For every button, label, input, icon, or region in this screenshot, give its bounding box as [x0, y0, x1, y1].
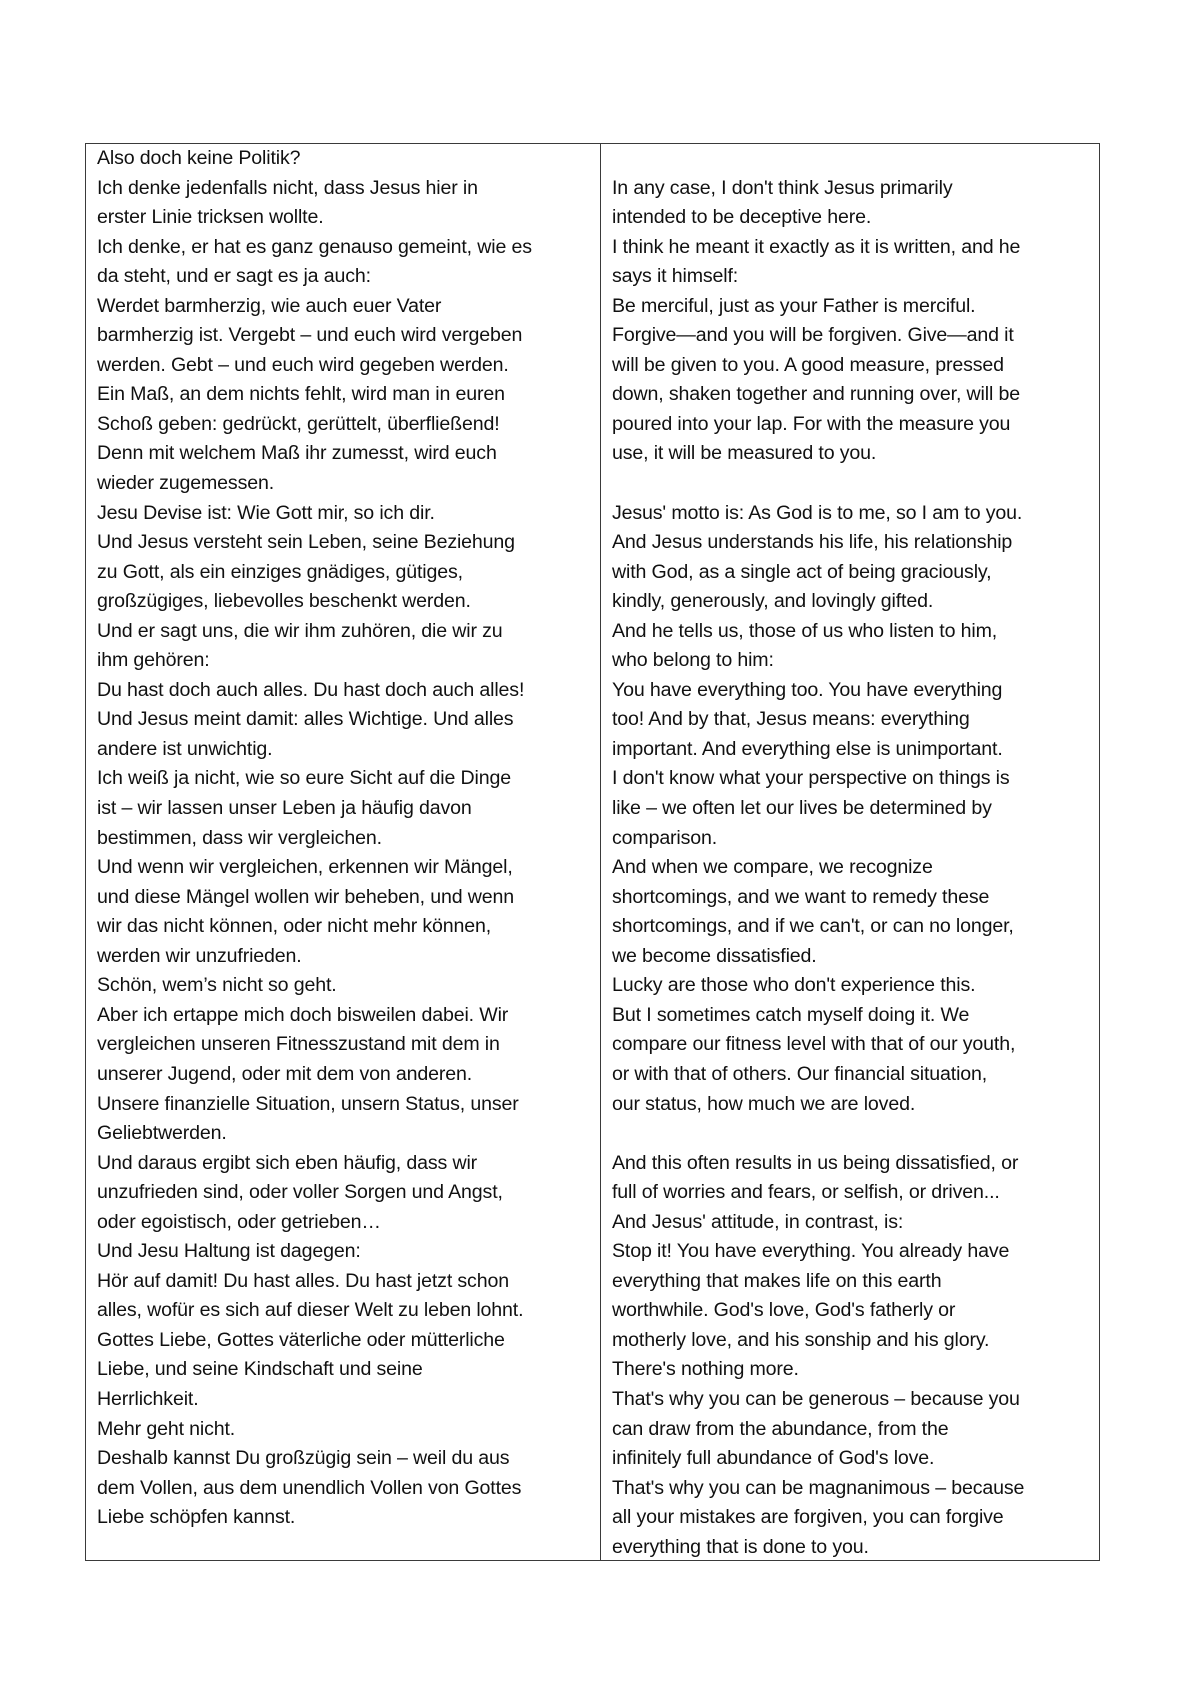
english-text-line: shortcomings, and if we can't, or can no…	[612, 912, 1094, 942]
german-text-line: unzufrieden sind, oder voller Sorgen und…	[97, 1178, 596, 1208]
german-text-line: Und Jesus meint damit: alles Wichtige. U…	[97, 705, 596, 735]
german-text-line: wieder zugemessen.	[97, 469, 596, 499]
english-text-line: intended to be deceptive here.	[612, 203, 1094, 233]
german-text-line: Jesu Devise ist: Wie Gott mir, so ich di…	[97, 499, 596, 529]
german-text-line: ihm gehören:	[97, 646, 596, 676]
german-text-line: Und er sagt uns, die wir ihm zuhören, di…	[97, 617, 596, 647]
german-text-line: Werdet barmherzig, wie auch euer Vater	[97, 292, 596, 322]
german-text-line: vergleichen unseren Fitnesszustand mit d…	[97, 1030, 596, 1060]
english-text-line: I think he meant it exactly as it is wri…	[612, 233, 1094, 263]
english-text-line: I don't know what your perspective on th…	[612, 764, 1094, 794]
english-text-line: with God, as a single act of being graci…	[612, 558, 1094, 588]
german-text-line: Und Jesus versteht sein Leben, seine Bez…	[97, 528, 596, 558]
english-text-line: That's why you can be magnanimous – beca…	[612, 1474, 1094, 1504]
english-text-line: infinitely full abundance of God's love.	[612, 1444, 1094, 1474]
english-text-line: And this often results in us being dissa…	[612, 1149, 1094, 1179]
german-text-line: andere ist unwichtig.	[97, 735, 596, 765]
english-text-line: too! And by that, Jesus means: everythin…	[612, 705, 1094, 735]
document-page: Also doch keine Politik?Ich denke jedenf…	[0, 0, 1200, 1697]
german-text-line: Ich denke, er hat es ganz genauso gemein…	[97, 233, 596, 263]
german-text-line: werden wir unzufrieden.	[97, 942, 596, 972]
english-text-line: use, it will be measured to you.	[612, 439, 1094, 469]
english-text-line: Stop it! You have everything. You alread…	[612, 1237, 1094, 1267]
english-text-line: worthwhile. God's love, God's fatherly o…	[612, 1296, 1094, 1326]
german-text-line: Liebe, und seine Kindschaft und seine	[97, 1355, 596, 1385]
english-text-line: Forgive—and you will be forgiven. Give—a…	[612, 321, 1094, 351]
german-text-line: alles, wofür es sich auf dieser Welt zu …	[97, 1296, 596, 1326]
english-text-line: everything that is done to you.	[612, 1533, 1094, 1563]
german-text-line: unserer Jugend, oder mit dem von anderen…	[97, 1060, 596, 1090]
english-text-line: or with that of others. Our financial si…	[612, 1060, 1094, 1090]
english-text-line: full of worries and fears, or selfish, o…	[612, 1178, 1094, 1208]
german-text-line: Deshalb kannst Du großzügig sein – weil …	[97, 1444, 596, 1474]
english-text-line: And Jesus understands his life, his rela…	[612, 528, 1094, 558]
english-text-line: That's why you can be generous – because…	[612, 1385, 1094, 1415]
english-text-line: There's nothing more.	[612, 1355, 1094, 1385]
english-text-line	[612, 144, 1094, 174]
english-text-line: In any case, I don't think Jesus primari…	[612, 174, 1094, 204]
german-text-line: Mehr geht nicht.	[97, 1415, 596, 1445]
german-text-line: Ein Maß, an dem nichts fehlt, wird man i…	[97, 380, 596, 410]
english-text-line: who belong to him:	[612, 646, 1094, 676]
english-text-line: compare our fitness level with that of o…	[612, 1030, 1094, 1060]
german-text-line: oder egoistisch, oder getrieben…	[97, 1208, 596, 1238]
german-text-line: ist – wir lassen unser Leben ja häufig d…	[97, 794, 596, 824]
english-text-line: down, shaken together and running over, …	[612, 380, 1094, 410]
german-text-line: Aber ich ertappe mich doch bisweilen dab…	[97, 1001, 596, 1031]
german-text-line: Hör auf damit! Du hast alles. Du hast je…	[97, 1267, 596, 1297]
german-text-line: Und daraus ergibt sich eben häufig, dass…	[97, 1149, 596, 1179]
german-text-line: dem Vollen, aus dem unendlich Vollen von…	[97, 1474, 596, 1504]
german-text-line: wir das nicht können, oder nicht mehr kö…	[97, 912, 596, 942]
german-text-line: Und Jesu Haltung ist dagegen:	[97, 1237, 596, 1267]
german-text-line: Du hast doch auch alles. Du hast doch au…	[97, 676, 596, 706]
german-text-line: Unsere finanzielle Situation, unsern Sta…	[97, 1090, 596, 1120]
english-text-line: kindly, generously, and lovingly gifted.	[612, 587, 1094, 617]
english-text-line: like – we often let our lives be determi…	[612, 794, 1094, 824]
german-text-line: Liebe schöpfen kannst.	[97, 1503, 596, 1533]
english-text-line: motherly love, and his sonship and his g…	[612, 1326, 1094, 1356]
english-text-line: our status, how much we are loved.	[612, 1090, 1094, 1120]
german-text-line: Geliebtwerden.	[97, 1119, 596, 1149]
german-text-line: Schoß geben: gedrückt, gerüttelt, überfl…	[97, 410, 596, 440]
german-text-line: Ich weiß ja nicht, wie so eure Sicht auf…	[97, 764, 596, 794]
english-text-line: all your mistakes are forgiven, you can …	[612, 1503, 1094, 1533]
german-text-line: Also doch keine Politik?	[97, 144, 596, 174]
german-text-line: werden. Gebt – und euch wird gegeben wer…	[97, 351, 596, 381]
english-text-line: Be merciful, just as your Father is merc…	[612, 292, 1094, 322]
english-text-line: But I sometimes catch myself doing it. W…	[612, 1001, 1094, 1031]
german-text-line: zu Gott, als ein einziges gnädiges, güti…	[97, 558, 596, 588]
bilingual-table: Also doch keine Politik?Ich denke jedenf…	[85, 143, 1100, 1561]
english-text-line	[612, 1119, 1094, 1149]
german-text-line: Herrlichkeit.	[97, 1385, 596, 1415]
english-text-line: Lucky are those who don't experience thi…	[612, 971, 1094, 1001]
german-text-line: großzügiges, liebevolles beschenkt werde…	[97, 587, 596, 617]
english-text-line: comparison.	[612, 824, 1094, 854]
english-text-line: You have everything too. You have everyt…	[612, 676, 1094, 706]
english-text-line: And he tells us, those of us who listen …	[612, 617, 1094, 647]
english-text-line: shortcomings, and we want to remedy thes…	[612, 883, 1094, 913]
german-text-line: barmherzig ist. Vergebt – und euch wird …	[97, 321, 596, 351]
english-text-line: we become dissatisfied.	[612, 942, 1094, 972]
german-text-line: und diese Mängel wollen wir beheben, und…	[97, 883, 596, 913]
german-text-line: Schön, wem’s nicht so geht.	[97, 971, 596, 1001]
english-column: In any case, I don't think Jesus primari…	[601, 144, 1098, 1560]
german-text-line: Und wenn wir vergleichen, erkennen wir M…	[97, 853, 596, 883]
english-text-line: important. And everything else is unimpo…	[612, 735, 1094, 765]
english-text-line: can draw from the abundance, from the	[612, 1415, 1094, 1445]
german-text-line: Denn mit welchem Maß ihr zumesst, wird e…	[97, 439, 596, 469]
german-text-line: Gottes Liebe, Gottes väterliche oder müt…	[97, 1326, 596, 1356]
english-text-line: Jesus' motto is: As God is to me, so I a…	[612, 499, 1094, 529]
english-text-line: everything that makes life on this earth	[612, 1267, 1094, 1297]
german-text-line: da steht, und er sagt es ja auch:	[97, 262, 596, 292]
english-text-line	[612, 469, 1094, 499]
german-column: Also doch keine Politik?Ich denke jedenf…	[86, 144, 601, 1560]
german-text-line: Ich denke jedenfalls nicht, dass Jesus h…	[97, 174, 596, 204]
english-text-line: will be given to you. A good measure, pr…	[612, 351, 1094, 381]
english-text-line: poured into your lap. For with the measu…	[612, 410, 1094, 440]
english-text-line: And Jesus' attitude, in contrast, is:	[612, 1208, 1094, 1238]
german-text-line: bestimmen, dass wir vergleichen.	[97, 824, 596, 854]
english-text-line: says it himself:	[612, 262, 1094, 292]
german-text-line: erster Linie tricksen wollte.	[97, 203, 596, 233]
english-text-line: And when we compare, we recognize	[612, 853, 1094, 883]
